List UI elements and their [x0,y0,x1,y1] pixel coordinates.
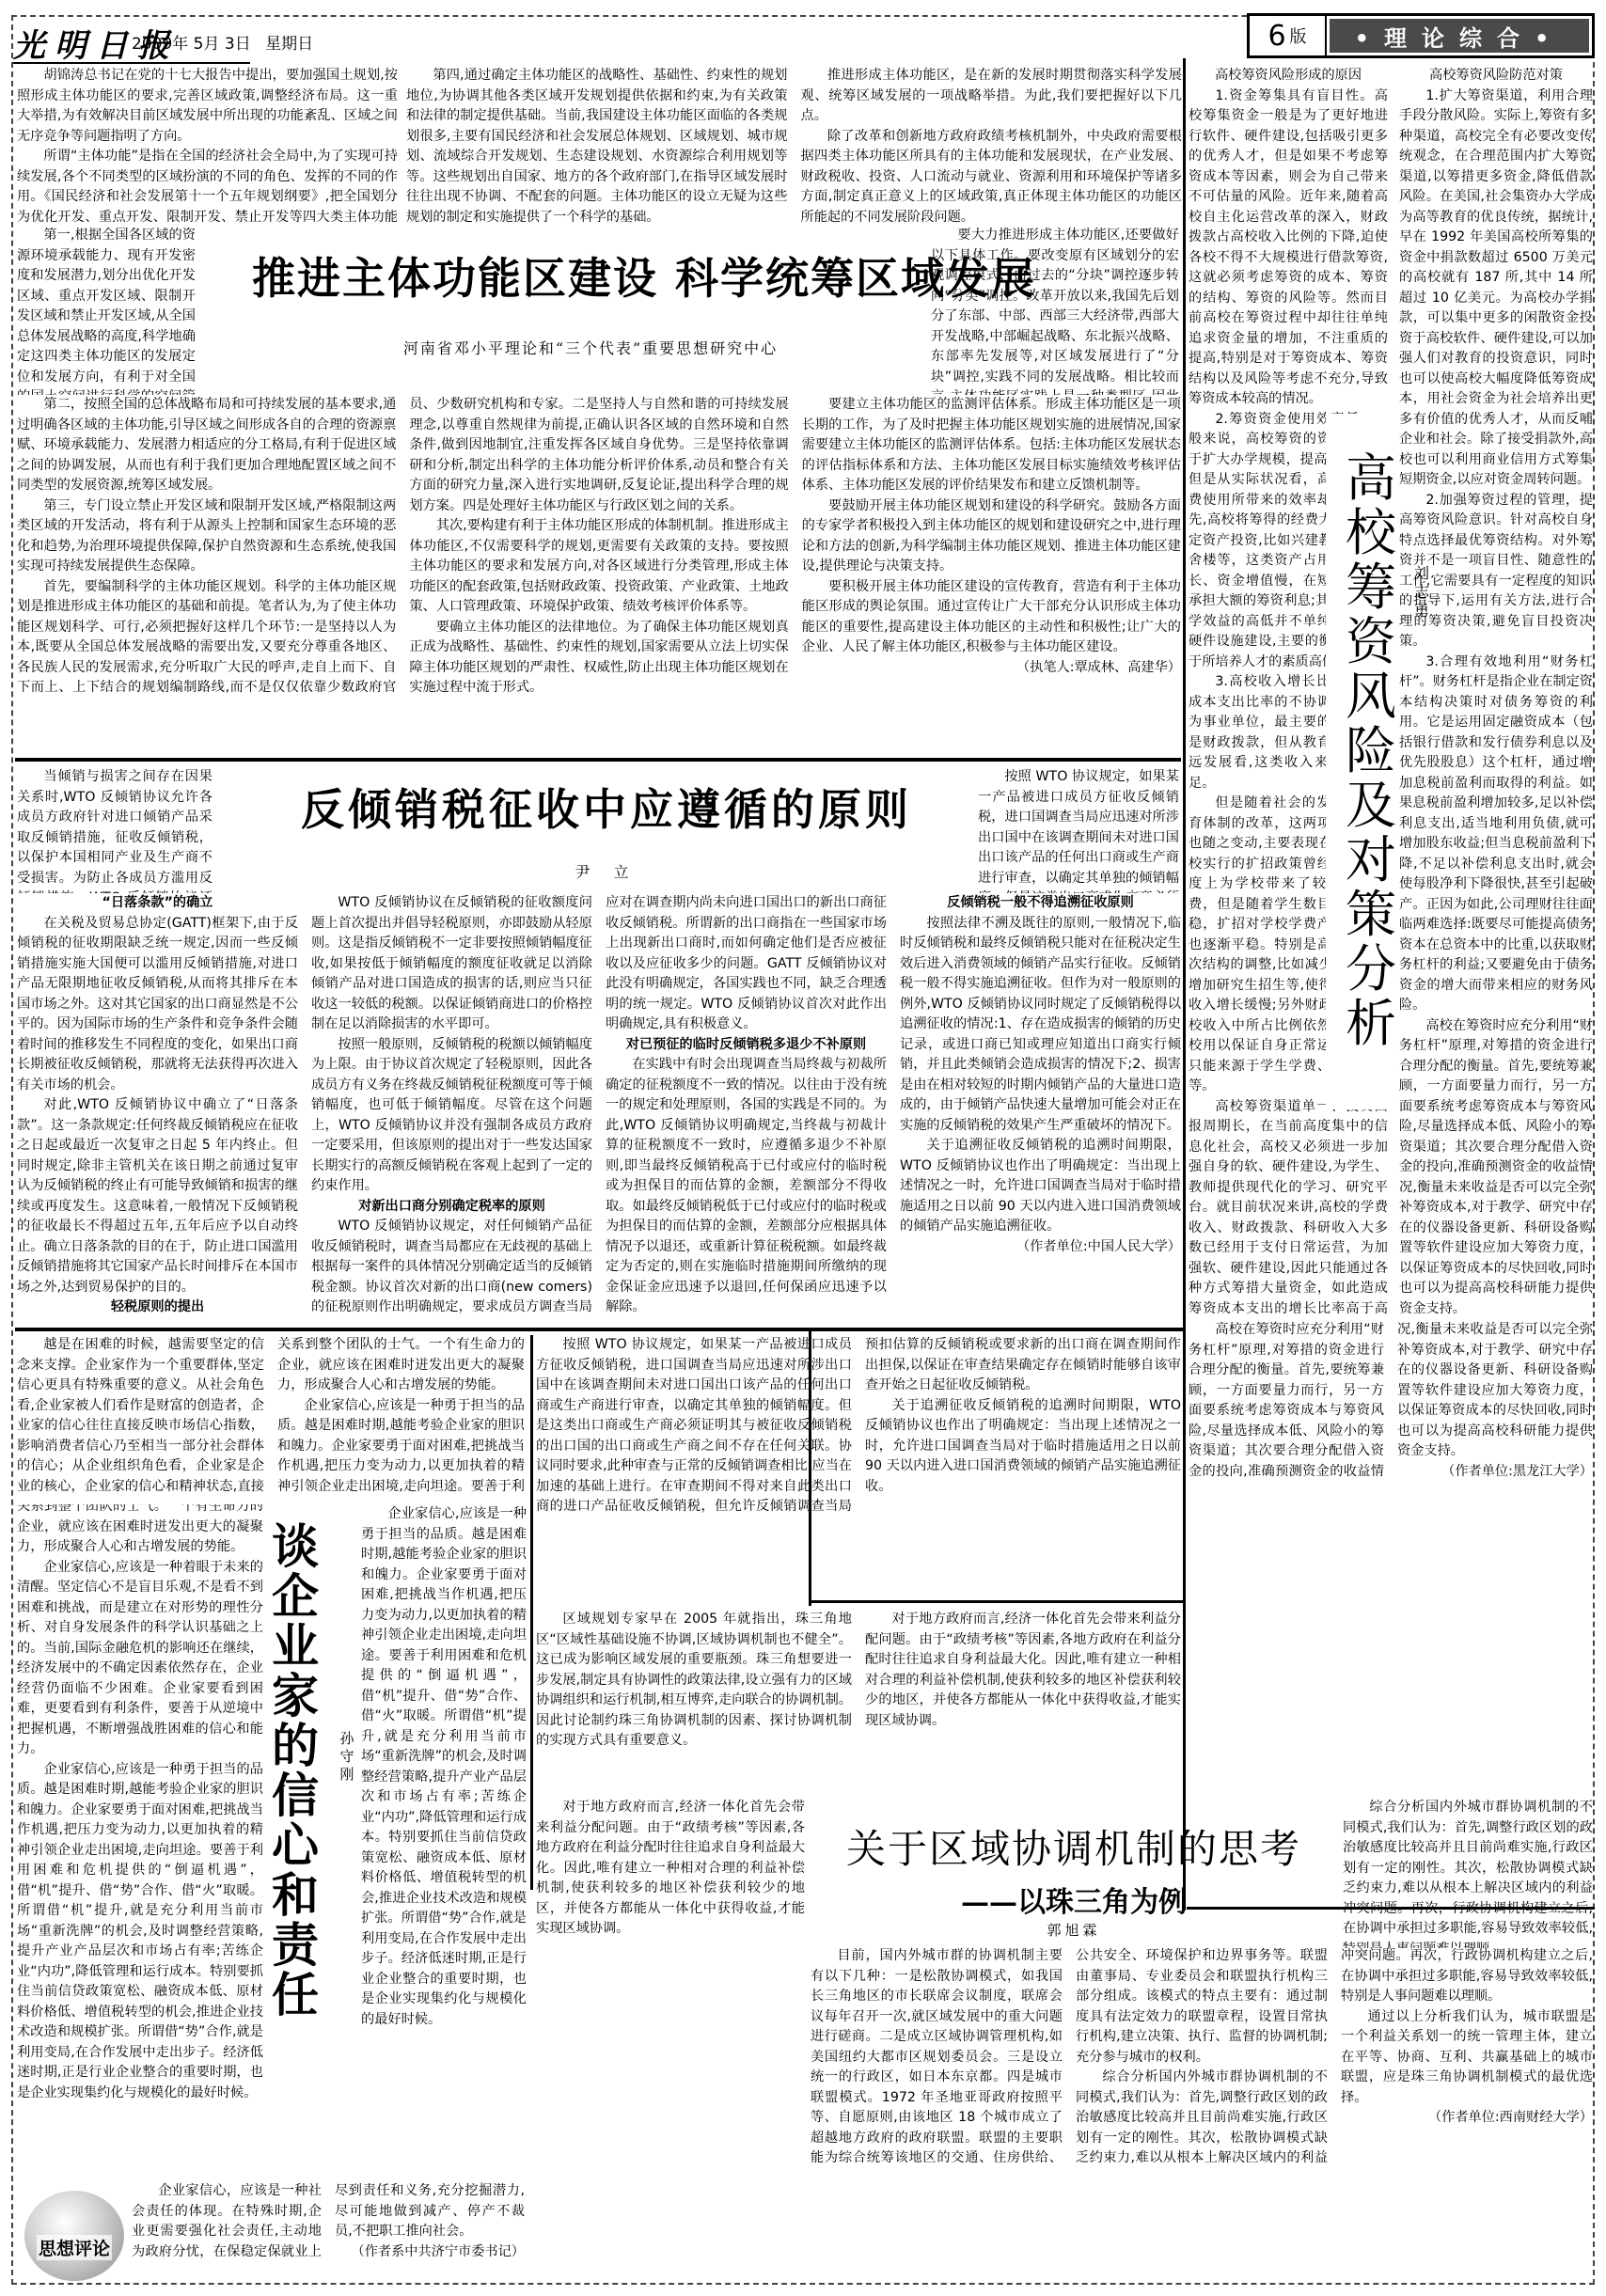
section-heading: 高校筹资风险防范对策 [1399,66,1593,86]
headline-region: 关于区域协调机制的思考 [811,1818,1337,1875]
page-section-label: 6 版 •理论综合• [1247,13,1595,58]
paragraph: 企业家信心,应该是一种着眼于未来的清醒。坚定信心不是盲目乐观,不是看不到困难和挑… [17,1558,263,1760]
author-entrepreneur: 孙守刚 [337,1730,357,1784]
headline-entrepreneur: 谈企业家的信心和责任 [261,1521,329,2020]
paragraph: 对于地方政府而言,经济一体化首先会带来利益分配问题。由于“政绩考核”等因素,各地… [536,1798,805,1940]
paragraph: 企业家信心,应该是一种勇于担当的品质。越是困难时期,越能考验企业家的胆识和魄力。… [361,1504,527,2030]
paragraph: 按照法律不溯及既往的原则,一般情况下,临时反倾销税和最终反倾销税只能对在征税决定… [900,914,1181,1137]
section-heading: 反倾销税一般不得追溯征收原则 [900,893,1181,914]
article-entrepreneur-col2: 企业家信心,应该是一种勇于担当的品质。越是困难时期,越能考验企业家的胆识和魄力。… [361,1504,527,2181]
article-region-body: 目前，国内外城市群的协调机制主要有以下几种：一是松散协调模式，如我国长三角地区的… [811,1946,1593,2275]
paragraph: 1.扩大筹资渠道，利用合理手段分散风险。实际上,筹资有多种渠道，高校完全有必要改… [1399,86,1593,491]
paragraph: 高校在筹资时应充分利用“财务杠杆”原理,对筹措的资金进行合理分配的衡量。首先,要… [1399,1016,1593,1317]
paragraph: 胡锦涛总书记在党的十七大报告中提出，要加强国土规划,按照形成主体功能区的要求,完… [17,66,398,147]
article-antidumping-continued: 按照 WTO 协议规定，如果某一产品被进口成员方征收反倾销税，进口国调查当局应迅… [536,1335,1181,1600]
paragraph: 对于地方政府而言,经济一体化首先会带来利益分配问题。由于“政绩考核”等因素,各地… [865,1610,1181,1731]
signature: （执笔人:覃成林、高建华） [802,658,1181,679]
article-antidumping-body: “日落条款”的确立 在关税及贸易总协定(GATT)框架下,由于反倾销税的征收期限… [17,893,1181,1318]
paragraph: 关于追溯征收反倾销税的追溯时间期限，WTO 反倾销协议也作出了明确规定：当出现上… [865,1396,1181,1498]
headline-antidumping: 反倾销税征收中应遵循的原则 [244,776,968,838]
paragraph: 要确立主体功能区的法律地位。为了确保主体功能区规划真正成为战略性、基础性、约束性… [409,618,788,699]
paragraph: 通过以上分析我们认为，城市联盟是一个利益关系划一的统一管理主体，建立在平等、协商… [1341,2007,1593,2109]
paragraph: 要鼓励开展主体功能区规划和建设的科学研究。鼓励各方面的专家学者积极投入到主体功能… [802,496,1181,577]
author-antidumping: 尹 立 [244,860,968,882]
paragraph: 第一,根据全国各区域的资源环境承载能力、现有开发密度和发展潜力,划分出优化开发区… [17,226,196,395]
paragraph: 对此,WTO 反倾销协议中确立了“日落条款”。这一条款规定:任何终裁反倾销税应在… [17,1095,298,1297]
article-main-zone-body-narrow: 第一,根据全国各区域的资源环境承载能力、现有开发密度和发展潜力,划分出优化开发区… [17,226,196,395]
section-heading: 对新出口商分别确定税率的原则 [311,1197,592,1218]
paragraph: 其次,要构建有利于主体功能区形成的体制机制。推进形成主体功能区,不仅需要科学的规… [409,516,788,618]
signature: （作者单位:中国人民大学） [900,1237,1181,1258]
date-text: 2009年 5月 3日 [132,35,251,54]
paragraph: 3.合理有效地利用“财务杠杆”。财务杠杆是指企业在制定资本结构决策时对债务筹资的… [1399,653,1593,1016]
article-antidumping-right-narrow: 按照 WTO 协议规定，如果某一产品被进口成员方征收反倾销税，进口国调查当局应迅… [978,767,1179,893]
divider-region-top [811,1600,1183,1603]
paragraph: 综合分析国内外城市群协调机制的不同模式,我们认为：首先,调整行政区划的政治敏感度… [1343,1798,1593,1948]
divider-region-right [1187,1907,1595,1910]
paragraph: 第三，专门设立禁止开发区域和限制开发区域,严格限制这两类区域的开发活动，将有利于… [17,496,396,577]
paragraph: 第二，按照全国的总体战略布局和可持续发展的基本要求,通过明确各区域的主体功能,引… [17,395,396,496]
column-badge-label: 思想评论 [37,2235,112,2260]
paragraph: 高校筹资渠道单一、投资回报周期长，在当前高度集中的信息化社会，高校又必须进一步加… [1189,1097,1388,1317]
article-main-zone-bottom-columns: 第二，按照全国的总体战略布局和可持续发展的基本要求,通过明确各区域的主体功能,引… [17,395,1181,726]
divider-right-column [1183,58,1186,1318]
masthead-rule [13,62,250,64]
section-heading: 对已预征的临时反倾销税多退少不补原则 [606,1035,887,1056]
section-heading: 轻税原则的提出 [17,1297,298,1318]
article-antidumping-intro: 当倾销与损害之间存在因果关系时,WTO 反倾销协议允许各成员方政府针对进口倾销产… [17,767,213,893]
paragraph: 按照一般原则，反倾销税的税额以倾销幅度为上限。由于协议首次规定了轻税原则，因此各… [311,1035,592,1197]
paragraph: 区域规划专家早在 2005 年就指出，珠三角地区“区域性基础设施不协调,区域协调… [536,1610,852,1752]
paragraph: WTO 反倾销协议在反倾销税的征收额度问题上首次提出并倡导轻税原则，亦即鼓励从轻… [311,893,592,1035]
paragraph: 要大力推进形成主体功能区,还要做好以下具体工作。要改变原有区域划分的宏观调控模式… [931,226,1179,395]
paragraph: 关于追溯征收反倾销税的追溯时间期限，WTO 反倾销协议也作出了明确规定：当出现上… [900,1136,1181,1237]
paragraph: 第四,通过确定主体功能区的战略性、基础性、约束性的规划地位,为协调其他各类区域开… [406,66,788,228]
divider-main-zone [15,758,1181,762]
paragraph: 所谓“主体功能”是指在全国的经济社会全局中,为了实现可持续发展,各个不同类型的区… [17,147,398,226]
page-number-unit: 版 [1290,24,1307,48]
article-region-right-top: 综合分析国内外城市群协调机制的不同模式,我们认为：首先,调整行政区划的政治敏感度… [1343,1798,1593,1948]
article-main-zone-right-narrow: 要大力推进形成主体功能区,还要做好以下具体工作。要改变原有区域划分的宏观调控模式… [931,226,1179,395]
paragraph: 在关税及贸易总协定(GATT)框架下,由于反倾销税的征收期限缺乏统一规定,因而一… [17,914,298,1096]
paragraph: 要积极开展主体功能区建设的宣传教育，营造有利于主体功能区形成的舆论氛围。通过宣传… [802,577,1181,658]
section-heading: “日落条款”的确立 [17,893,298,914]
paragraph: 除了改革和创新地方政府政绩考核机制外，中央政府需要根据四类主体功能区所具有的主体… [801,127,1183,228]
issue-date: 2009年 5月 3日 星期日 [132,30,313,54]
divider-antidumping [15,1328,1185,1331]
paragraph: 当倾销与损害之间存在因果关系时,WTO 反倾销协议允许各成员方政府针对进口倾销产… [17,767,213,893]
divider-entrepreneur [530,1335,533,1890]
article-region-top: 区域规划专家早在 2005 年就指出，珠三角地区“区域性基础设施不协调,区域协调… [536,1610,1181,1798]
paragraph: 按照 WTO 协议规定，如果某一产品被进口成员方征收反倾销税，进口国调查当局应迅… [978,767,1179,893]
paragraph: 2.加强筹资过程的管理，提高筹资风险意识。针对高校自身特点选择最优筹资结构。对外… [1399,491,1593,653]
author-region: 郭旭霖 [811,1920,1337,1940]
paragraph: 要建立主体功能区的监测评估体系。形成主体功能区是一项长期的工作，为了及时把握主体… [802,395,1181,496]
paragraph: 1.资金筹集具有盲目性。高校筹集资金一般是为了更好地进行软件、硬件建设,包括吸引… [1189,86,1388,410]
signature: （作者系中共济宁市委书记） [335,2242,525,2263]
signature: （作者单位:西南财经大学） [1341,2108,1593,2129]
article-region-left: 对于地方政府而言,经济一体化首先会带来利益分配问题。由于“政绩考核”等因素,各地… [536,1798,805,2277]
headline-fund-risk: 高校筹资风险及对策分析 [1333,451,1409,1051]
paragraph: 高校在筹资时应充分利用“财务杠杆”原理,对筹措的资金进行合理分配的衡量。首先,要… [1189,1320,1593,1482]
article-entrepreneur-end: 企业家信心，应该是一种社会责任的体现。在特殊时期,企业更需要强化社会责任,主动地… [132,2181,525,2275]
article-entrepreneur-top: 越是在困难的时候，越需要坚定的信念来支撑。企业家作为一个重要群体,坚定信心更具有… [17,1335,525,1504]
page-number-value: 6 [1267,20,1285,53]
article-main-zone-intro-left: 胡锦涛总书记在党的十七大报告中提出，要加强国土规划,按照形成主体功能区的要求,完… [17,66,398,226]
weekday-text: 星期日 [265,35,313,54]
paragraph: 推进形成主体功能区，是在新的发展时期贯彻落实科学发展观、统筹区域发展的一项战略举… [801,66,1183,127]
page-number: 6 版 [1250,16,1327,55]
article-fund-risk-col2: 高校筹资风险防范对策 1.扩大筹资渠道，利用合理手段分散风险。实际上,筹资有多种… [1399,66,1593,1316]
section-heading: 高校筹资风险形成的原因 [1189,66,1388,86]
column-badge-thought-review: 思想评论 [24,2191,124,2281]
headline-main-zone: 推进主体功能区建设 科学统筹区域发展 [252,244,929,307]
paragraph: 在实践中有时会出现调查当局终裁与初裁所确定的征税额度不一致的情况。以往由于没有统… [606,1055,887,1318]
article-main-zone-top-columns: 第四,通过确定主体功能区的战略性、基础性、约束性的规划地位,为协调其他各类区域开… [406,66,1182,233]
section-name: •理论综合• [1330,19,1589,53]
signature: （作者单位:黑龙江大学） [1397,1462,1593,1483]
author-main-zone: 河南省邓小平理论和“三个代表”重要思想研究中心 [252,337,929,358]
paragraph: 企业家信心,应该是一种勇于担当的品质。越是困难时期,越能考验企业家的胆识和魄力。… [17,1760,263,2104]
subtitle-region: ——以珠三角为例 [811,1879,1337,1920]
